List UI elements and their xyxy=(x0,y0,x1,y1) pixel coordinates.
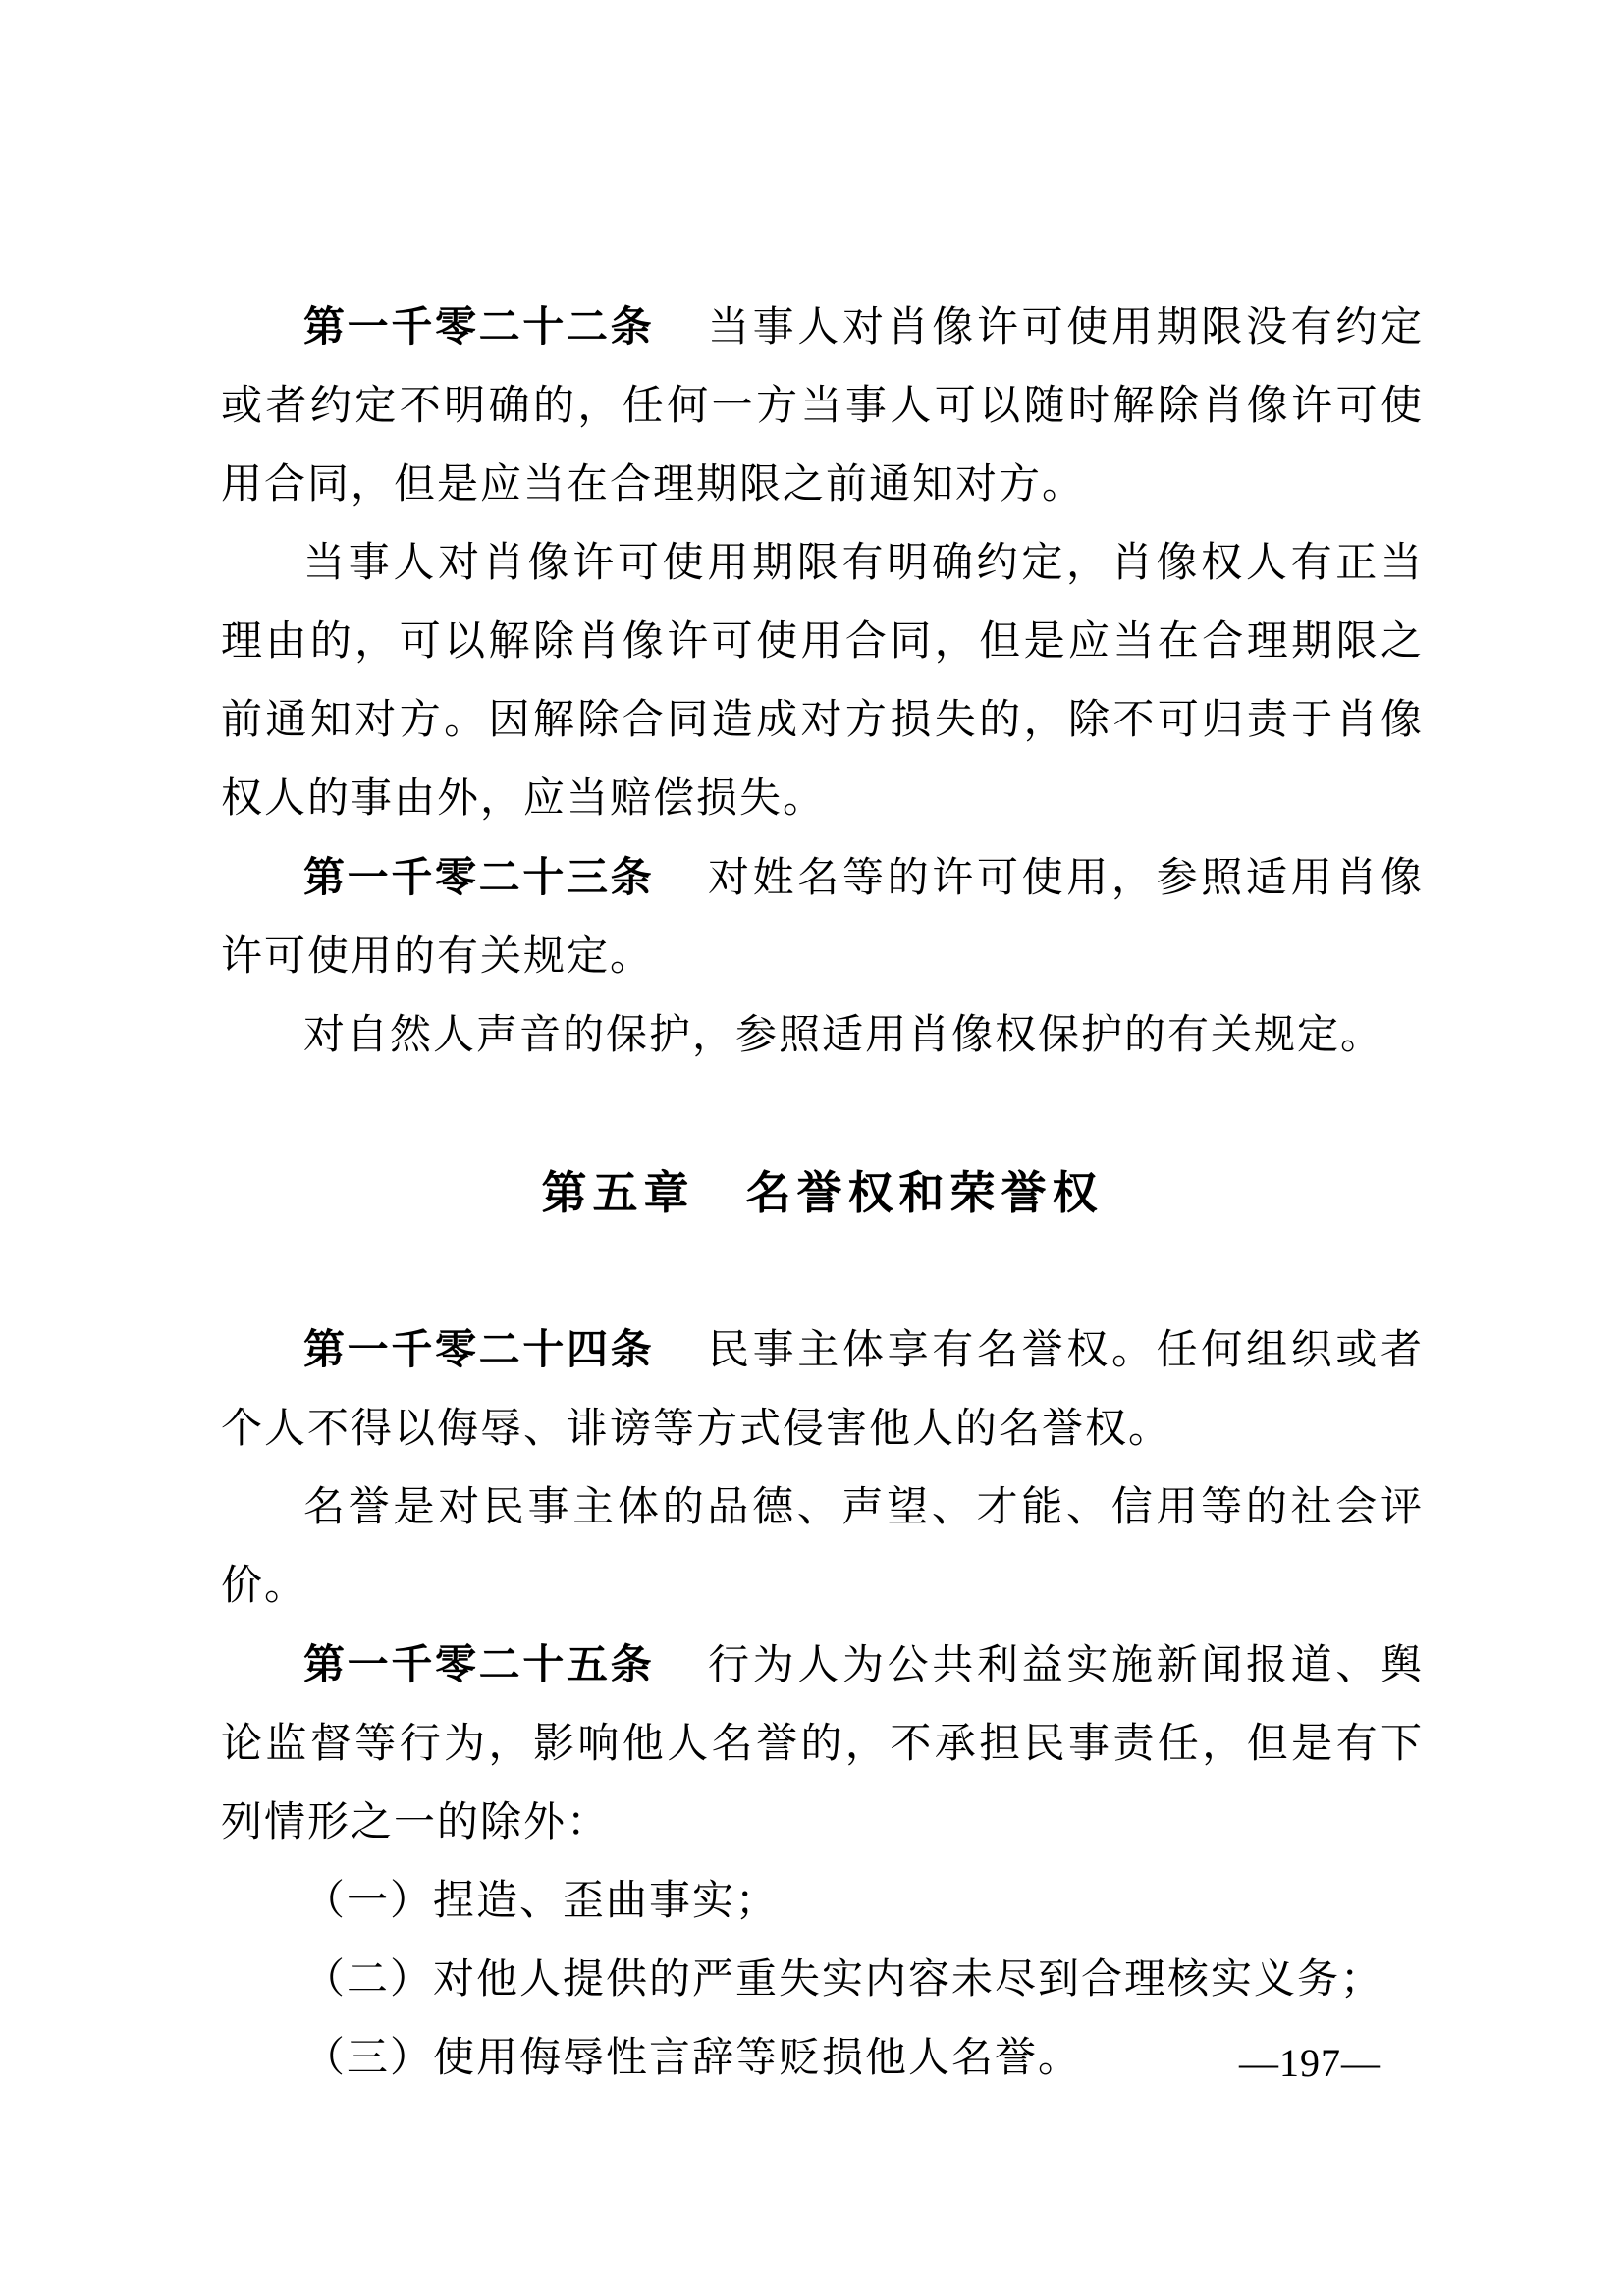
chapter-5-heading: 第五章 名誉权和荣誉权 xyxy=(221,1153,1424,1232)
article-1025-paragraph-1: 第一千零二十五条行为人为公共利益实施新闻报道、舆论监督等行为，影响他人名誉的，不… xyxy=(221,1626,1424,1862)
article-1022-paragraph-2: 当事人对肖像许可使用期限有明确约定，肖像权人有正当理由的，可以解除肖像许可使用合… xyxy=(221,524,1424,838)
article-1023-number: 第一千零二十三条 xyxy=(303,854,654,900)
page-content: 第一千零二十二条当事人对肖像许可使用期限没有约定或者约定不明确的，任何一方当事人… xyxy=(221,288,1424,2098)
article-1024-number: 第一千零二十四条 xyxy=(303,1326,654,1372)
article-1022-number: 第一千零二十二条 xyxy=(303,303,654,349)
article-1025-item-1: （一）捏造、歪曲事实； xyxy=(221,1862,1424,1941)
article-1022-paragraph-1: 第一千零二十二条当事人对肖像许可使用期限没有约定或者约定不明确的，任何一方当事人… xyxy=(221,288,1424,524)
article-1023-paragraph-2: 对自然人声音的保护，参照适用肖像权保护的有关规定。 xyxy=(221,996,1424,1075)
article-1023-paragraph-1: 第一千零二十三条对姓名等的许可使用，参照适用肖像许可使用的有关规定。 xyxy=(221,838,1424,996)
page-number: —197— xyxy=(1239,2040,1381,2087)
article-1025-number: 第一千零二十五条 xyxy=(303,1641,654,1687)
article-1025-item-2: （二）对他人提供的严重失实内容未尽到合理核实义务； xyxy=(221,1941,1424,2019)
article-1024-paragraph-1: 第一千零二十四条民事主体享有名誉权。任何组织或者个人不得以侮辱、诽谤等方式侵害他… xyxy=(221,1310,1424,1468)
document-page: 第一千零二十二条当事人对肖像许可使用期限没有约定或者约定不明确的，任何一方当事人… xyxy=(0,0,1624,2296)
article-1024-paragraph-2: 名誉是对民事主体的品德、声望、才能、信用等的社会评价。 xyxy=(221,1468,1424,1626)
